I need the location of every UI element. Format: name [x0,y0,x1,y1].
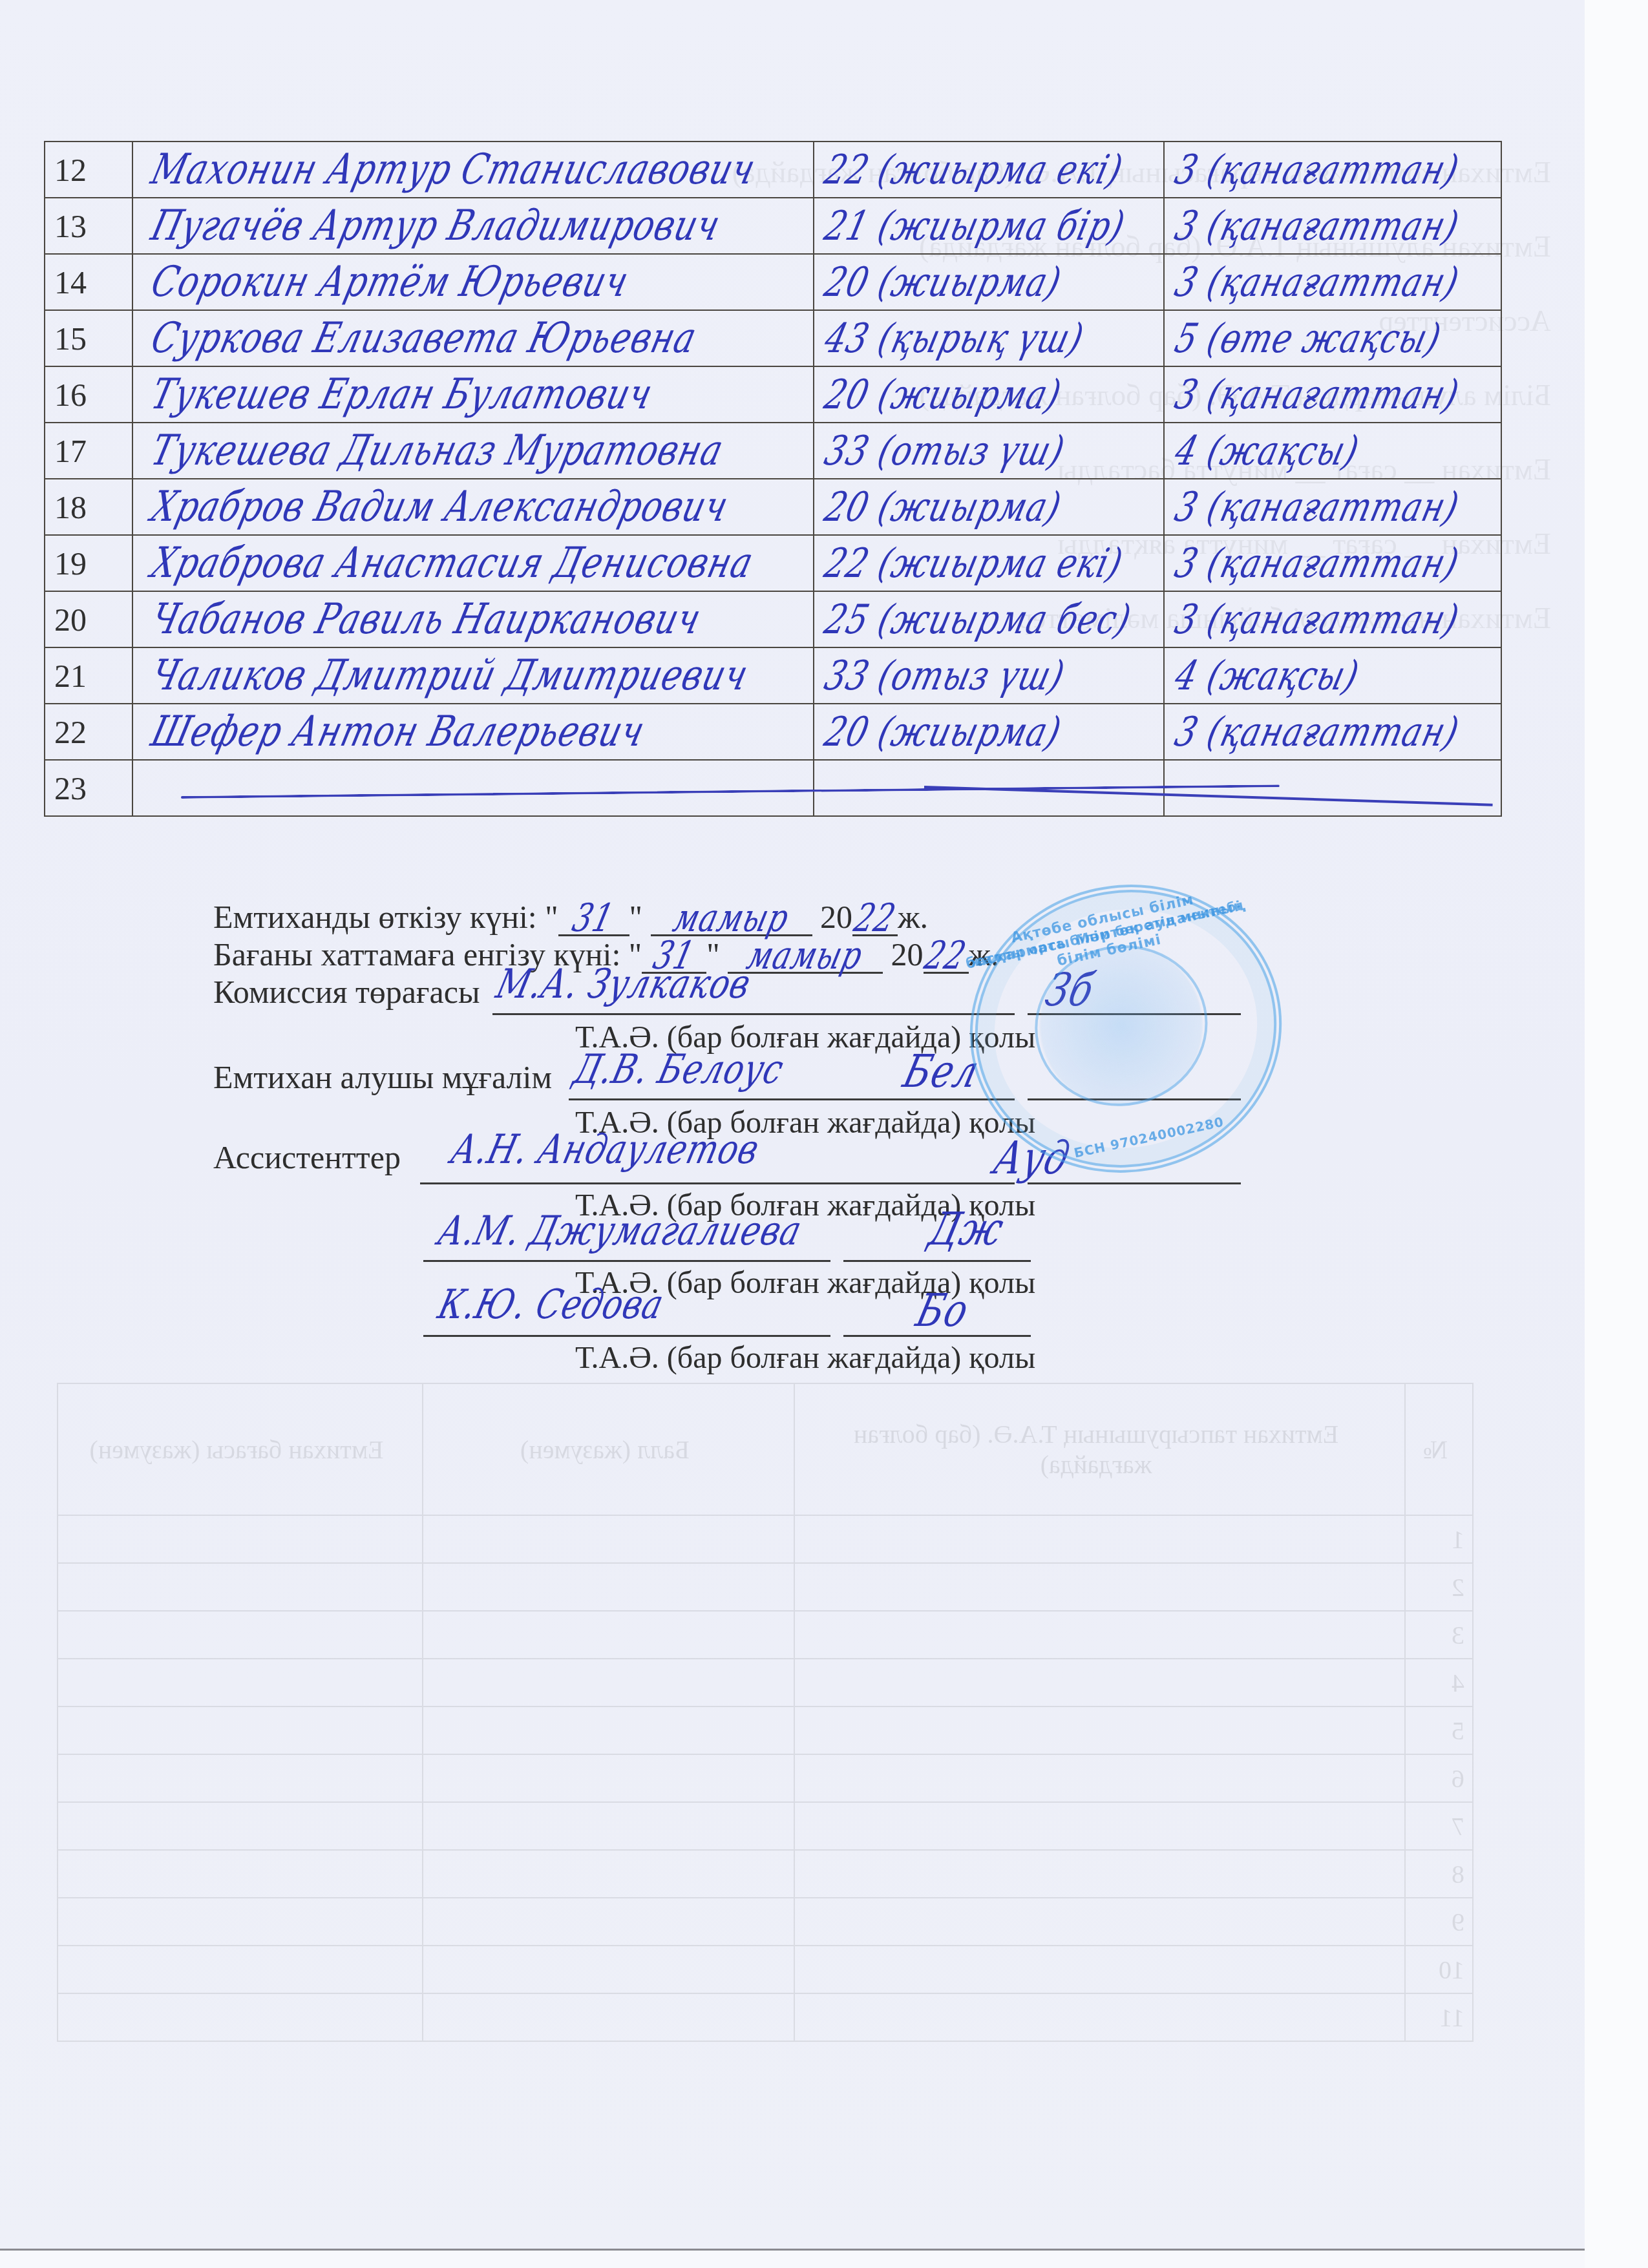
chair-name-line [492,1013,1015,1015]
student-name [132,760,814,816]
chair-name: М.А. Зулкаков [498,965,750,1003]
grade-cell: 3 (қанағаттан) [1164,535,1501,591]
student-name: Храброва Анастасия Денисовна [132,535,814,591]
grade-cell: 3 (қанағаттан) [1164,254,1501,310]
score-cell: 33 (отыз үш) [814,423,1164,479]
bleed-through-row: 1 [58,1515,1473,1563]
bleed-through-body: № Емтихан тапсырушының Т.А.Ә. (бар болға… [58,1383,1473,2041]
table-row: 20Чабанов Равиль Наирканович25 (жиырма б… [45,591,1501,647]
bleed-through-row: 8 [58,1850,1473,1898]
bleed-through-row: 2 [58,1563,1473,1611]
bleed-through-row: 5 [58,1706,1473,1754]
assistant-name: А.М. Джумагалиева [439,1212,801,1250]
table-row: 21Чаликов Дмитрий Дмитриевич33 (отыз үш)… [45,647,1501,704]
bleed-through-row: 3 [58,1611,1473,1659]
row-number: 12 [45,142,132,198]
chair-label: Комиссия төрағасы [213,973,480,1011]
grade-cell: 3 (қанағаттан) [1164,479,1501,535]
assistant-signature-line [843,1260,1031,1262]
bleed-through-row: 11 [58,1993,1473,2041]
row-number: 22 [45,704,132,760]
bleed-through-row: 9 [58,1898,1473,1946]
student-name: Тукешев Ерлан Булатович [132,366,814,423]
teacher-signature: Бел [905,1051,978,1093]
table-row: 15Суркова Елизавета Юрьевна43 (қырық үш)… [45,310,1501,366]
results-table-body: 12Махонин Артур Станиславович22 (жиырма … [45,142,1501,816]
teacher-name-line [569,1098,1015,1100]
bleed-through-table: № Емтихан тапсырушының Т.А.Ә. (бар болға… [97,1383,1474,2055]
student-name: Чаликов Дмитрий Дмитриевич [132,647,814,704]
assistant-name: А.Н. Андаулетов [452,1131,759,1168]
bleed-through-header: № Емтихан тапсырушының Т.А.Ә. (бар болға… [58,1383,1473,1515]
assistant-name-line [420,1182,1015,1184]
table-row: 18Храбров Вадим Александрович20 (жиырма)… [45,479,1501,535]
row-number: 18 [45,479,132,535]
row-number: 19 [45,535,132,591]
score-cell: 20 (жиырма) [814,366,1164,423]
score-cell: 25 (жиырма бес) [814,591,1164,647]
exam-date-month: мамыр [651,898,812,936]
assistant-signature: Дж [931,1208,1002,1250]
results-table: 12Махонин Артур Станиславович22 (жиырма … [44,141,1502,817]
score-cell: 22 (жиырма екі) [814,535,1164,591]
teacher-label: Емтихан алушы мұғалім [213,1058,552,1096]
score-cell: 22 (жиырма екі) [814,142,1164,198]
bleed-through-row: 10 [58,1946,1473,1993]
grade-cell: 3 (қанағаттан) [1164,142,1501,198]
table-row: 19Храброва Анастасия Денисовна22 (жиырма… [45,535,1501,591]
row-number: 17 [45,423,132,479]
table-row: 23 [45,760,1501,816]
student-name: Пугачёв Артур Владимирович [132,198,814,254]
exam-date-label: Емтиханды өткізу күні: " [213,899,558,935]
score-cell: 21 (жиырма бір) [814,198,1164,254]
student-name: Махонин Артур Станиславович [132,142,814,198]
scan-margin [1585,0,1648,2268]
grade-cell: 3 (қанағаттан) [1164,366,1501,423]
bleed-through-row: 6 [58,1754,1473,1802]
grade-cell: 4 (жақсы) [1164,647,1501,704]
student-name: Суркова Елизавета Юрьевна [132,310,814,366]
row-number: 23 [45,760,132,816]
table-row: 17Тукешева Дильназ Муратовна33 (отыз үш)… [45,423,1501,479]
score-cell: 20 (жиырма) [814,479,1164,535]
table-row: 12Махонин Артур Станиславович22 (жиырма … [45,142,1501,198]
exam-date-year: 22 [852,898,898,936]
bleed-through-row: 4 [58,1659,1473,1706]
score-cell: 20 (жиырма) [814,254,1164,310]
teacher-name: Д.В. Белоус [575,1051,783,1088]
student-name: Тукешева Дильназ Муратовна [132,423,814,479]
row-number: 20 [45,591,132,647]
grade-cell: 4 (жақсы) [1164,423,1501,479]
assistant-name: К.Ю. Седова [439,1286,663,1323]
table-row: 16Тукешев Ерлан Булатович20 (жиырма)3 (қ… [45,366,1501,423]
assistant-signature: Бо [918,1290,967,1332]
table-row: 22Шефер Антон Валерьевич20 (жиырма)3 (қа… [45,704,1501,760]
assistant-name-line [423,1335,830,1337]
grade-cell [1164,760,1501,816]
score-cell: 43 (қырық үш) [814,310,1164,366]
grade-cell: 5 (өте жақсы) [1164,310,1501,366]
exam-date-day: 31 [558,898,629,936]
row-number: 14 [45,254,132,310]
table-row: 13Пугачёв Артур Владимирович21 (жиырма б… [45,198,1501,254]
table-row: 14Сорокин Артём Юрьевич20 (жиырма)3 (қан… [45,254,1501,310]
assistants-label: Ассистенттер [213,1139,401,1176]
student-name: Шефер Антон Валерьевич [132,704,814,760]
row-number: 13 [45,198,132,254]
assistant-name-line [423,1260,830,1262]
score-cell: 20 (жиырма) [814,704,1164,760]
assistant-caption: Т.А.Ә. (бар болған жағдайда) қолы [575,1340,1035,1376]
student-name: Сорокин Артём Юрьевич [132,254,814,310]
row-number: 16 [45,366,132,423]
score-cell: 33 (отыз үш) [814,647,1164,704]
student-name: Храбров Вадим Александрович [132,479,814,535]
exam-date-line: Емтиханды өткізу күні: "31" мамыр 2022ж. [213,898,928,936]
row-number: 15 [45,310,132,366]
grade-cell: 3 (қанағаттан) [1164,591,1501,647]
bleed-through-grid: № Емтихан тапсырушының Т.А.Ә. (бар болға… [57,1383,1474,2042]
bleed-through-row: 7 [58,1802,1473,1850]
grade-cell: 3 (қанағаттан) [1164,704,1501,760]
grade-cell: 3 (қанағаттан) [1164,198,1501,254]
row-number: 21 [45,647,132,704]
student-name: Чабанов Равиль Наирканович [132,591,814,647]
